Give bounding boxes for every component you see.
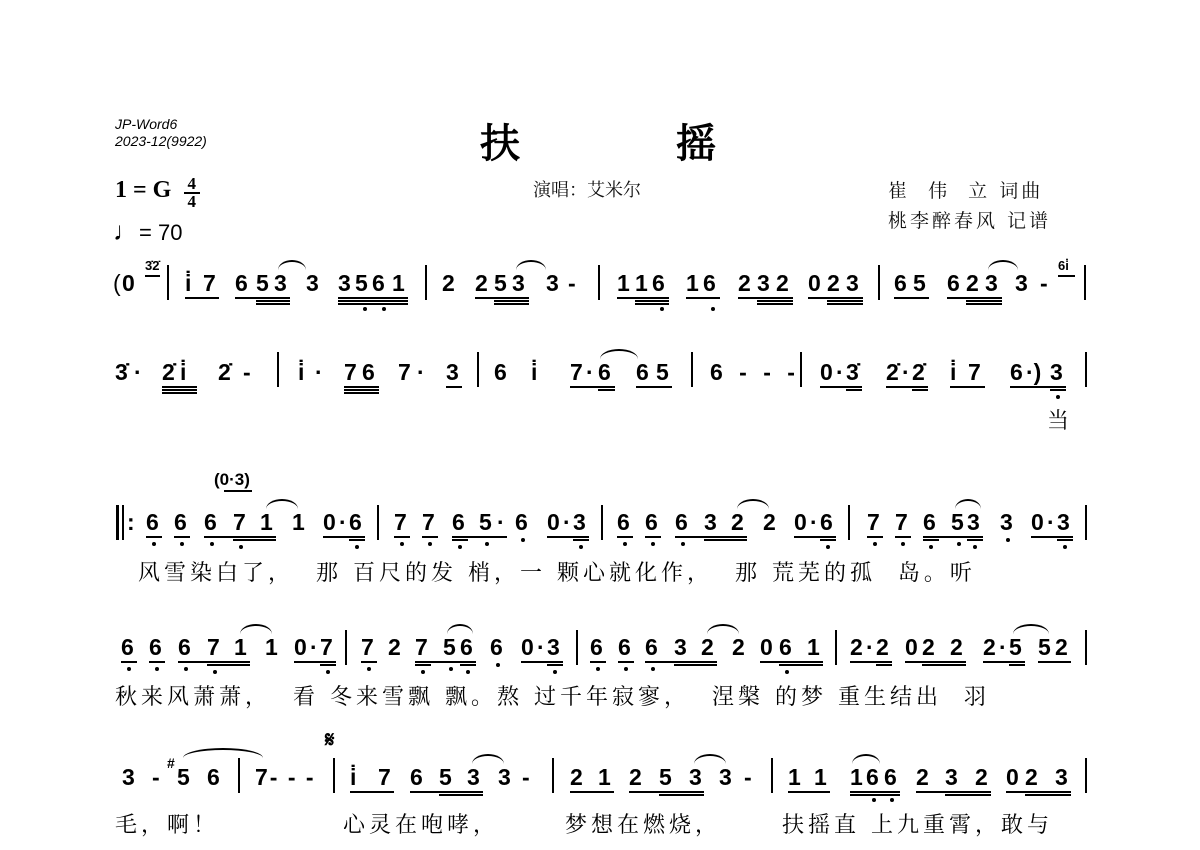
barline [116, 505, 119, 540]
octave-dot [155, 667, 159, 671]
note-glyph: 3 [467, 764, 480, 791]
note-glyph: 1 [850, 764, 863, 791]
barline [277, 352, 279, 387]
lyric-line-4: 秋来风萧萧， 看 冬来雪飘 飘。熬 过千年寂寥， 涅槃 的梦 重生结出 羽 [115, 680, 990, 711]
beam-underline [1009, 664, 1025, 666]
beam-underline [521, 661, 563, 663]
tie-arc [852, 754, 880, 764]
note-glyph: 7 [378, 764, 391, 791]
beam-underline [675, 536, 747, 538]
note-glyph: - [1040, 270, 1048, 297]
beam-underline [850, 791, 900, 793]
beam-underline [846, 389, 862, 391]
beam-underline [967, 539, 983, 541]
octave-dot [382, 307, 386, 311]
quarter-note-icon: ♩ [113, 216, 139, 246]
tie-arc [278, 260, 306, 270]
note-glyph: 2 [983, 634, 996, 661]
segno-icon: 𝄋 [325, 727, 334, 753]
octave-dot [596, 667, 600, 671]
beam-underline [618, 661, 634, 663]
note-glyph: i̇ [298, 359, 304, 386]
title-char-2: 摇 [676, 112, 716, 169]
beam-underline [256, 303, 290, 305]
beam-underline [344, 392, 379, 394]
note-glyph: 6 [947, 270, 960, 297]
tie-arc [472, 754, 504, 764]
octave-dot [421, 670, 425, 674]
note-glyph: 3 [1055, 764, 1068, 791]
note-glyph: · [315, 359, 323, 386]
beam-underline [808, 297, 863, 299]
note-glyph: 2̇ [162, 359, 175, 386]
note-glyph: - [568, 270, 576, 297]
note-glyph: 6 [515, 509, 528, 536]
note-glyph: : [127, 509, 135, 536]
beam-underline [460, 664, 476, 666]
note-glyph: · [310, 634, 318, 661]
barline [878, 265, 880, 300]
note-glyph: 3 [306, 270, 319, 297]
note-glyph: 3 [757, 270, 770, 297]
octave-dot [623, 542, 627, 546]
tempo-value: = 70 [139, 220, 182, 245]
barline [425, 265, 427, 300]
note-glyph: 5 [1038, 634, 1051, 661]
note-glyph: 3 [719, 764, 732, 791]
note-glyph: 1 [788, 764, 801, 791]
octave-dot [521, 538, 525, 542]
tie-arc [988, 260, 1018, 270]
beam-underline [349, 539, 365, 541]
note-glyph: 2̇ [912, 359, 925, 386]
beam-underline [338, 303, 408, 305]
note-glyph: 6 [146, 509, 159, 536]
note-glyph: 7 [415, 634, 428, 661]
note-glyph: 1 [598, 764, 611, 791]
beam-underline [895, 536, 911, 538]
note-glyph: 6 [675, 509, 688, 536]
beam-underline [547, 664, 563, 666]
note-glyph: 2 [732, 634, 745, 661]
octave-dot [180, 542, 184, 546]
octave-dot [152, 542, 156, 546]
beam-underline [916, 791, 991, 793]
note-glyph: 6 [1010, 359, 1023, 386]
beam-underline [966, 303, 1002, 305]
note-glyph: 3 [498, 764, 511, 791]
note-glyph: 2 [975, 764, 988, 791]
beam-underline [760, 661, 823, 663]
tie-arc [266, 499, 298, 509]
note-glyph: 6 [645, 509, 658, 536]
beam-underline [394, 536, 410, 538]
barline [1085, 630, 1087, 665]
barline [601, 505, 603, 540]
beam-underline [320, 664, 336, 666]
note-glyph: 0 [122, 270, 135, 297]
octave-dot [651, 542, 655, 546]
note-glyph: 5 [256, 270, 269, 297]
note-glyph: 5 [659, 764, 672, 791]
beam-underline [876, 664, 892, 666]
note-glyph: 3 [1050, 359, 1063, 386]
octave-dot [872, 798, 876, 802]
octave-dot [826, 545, 830, 549]
octave-dot [428, 542, 432, 546]
beam-underline [629, 791, 704, 793]
beam-underline [361, 661, 377, 663]
beam-underline [850, 661, 892, 663]
note-glyph: # [167, 755, 175, 771]
beam-underline [146, 536, 162, 538]
note-glyph: 2 [827, 270, 840, 297]
beam-underline [207, 664, 250, 666]
note-glyph: 0 [1031, 509, 1044, 536]
beam-underline [121, 661, 137, 663]
octave-dot [1056, 395, 1060, 399]
octave-dot [553, 670, 557, 674]
beam-underline [570, 386, 615, 388]
beam-underline [820, 539, 836, 541]
note-glyph: 1 [260, 509, 273, 536]
note-glyph: 6 [452, 509, 465, 536]
beam-underline [235, 297, 290, 299]
note-glyph: 2 [570, 764, 583, 791]
note-glyph: 6 [494, 359, 507, 386]
beam-underline [674, 664, 717, 666]
note-glyph: · [417, 359, 425, 386]
beam-underline [145, 275, 160, 277]
note-glyph: 5 [443, 634, 456, 661]
beam-underline [344, 386, 379, 388]
beam-underline [923, 539, 939, 541]
barline [345, 630, 347, 665]
octave-dot [957, 542, 961, 546]
tie-arc [737, 499, 769, 509]
beam-underline [617, 536, 633, 538]
note-glyph: 3 [122, 764, 135, 791]
beam-underline [645, 536, 661, 538]
beam-underline [850, 794, 900, 796]
octave-dot [449, 667, 453, 671]
lyric-line-5d: 扶摇直 上九重霄，敢与 [782, 808, 1053, 839]
note-glyph: 0 [521, 634, 534, 661]
note-glyph: 6 [923, 509, 936, 536]
beam-underline [635, 303, 669, 305]
note-glyph: 6 [866, 764, 879, 791]
note-glyph: 7 [422, 509, 435, 536]
note-glyph: 3 [674, 634, 687, 661]
beam-underline [950, 386, 985, 388]
note-glyph: 3 [689, 764, 702, 791]
beam-underline [686, 297, 720, 299]
note-glyph: 2 [950, 634, 963, 661]
note-glyph: 3 [1057, 509, 1070, 536]
beam-underline [966, 300, 1002, 302]
octave-dot [785, 670, 789, 674]
octave-dot [901, 542, 905, 546]
octave-dot [1006, 538, 1010, 542]
lyric-line-5a: 毛，啊！ [115, 808, 219, 839]
note-glyph: 1 [617, 270, 630, 297]
barline [1085, 758, 1087, 793]
beam-underline [598, 389, 615, 391]
beam-underline [294, 661, 336, 663]
barline [771, 758, 773, 793]
note-glyph: 3 [547, 634, 560, 661]
beam-underline [827, 303, 863, 305]
note-glyph: 3̇ [115, 359, 128, 386]
note-glyph: 3 [1015, 270, 1028, 297]
key-signature: 1 = G 4 4 [115, 176, 200, 210]
note-glyph: 1 [234, 634, 247, 661]
beam-underline [738, 297, 793, 299]
beam-underline [945, 794, 991, 796]
title-char-1: 扶 [480, 112, 520, 169]
note-glyph: 7- - - [255, 764, 316, 791]
beam-underline [162, 392, 197, 394]
note-glyph: 3 [546, 270, 559, 297]
octave-dot [660, 307, 664, 311]
time-sig-top: 4 [184, 176, 200, 192]
singer-credit: 演唱：艾米尔 [533, 176, 641, 202]
beam-underline [1038, 661, 1071, 663]
note-glyph: 6 [779, 634, 792, 661]
octave-dot [400, 542, 404, 546]
beam-underline [547, 536, 589, 538]
version-label: 2023-12(9922) [115, 133, 207, 150]
note-glyph: · [563, 509, 571, 536]
lyric-line-3: 风雪染白了， 那 百尺的发 梢，一 颗心就化作， 那 荒芜的孤 岛。听 [138, 556, 976, 587]
beam-underline [617, 297, 669, 299]
tie-arc [240, 624, 272, 634]
note-glyph: 1 [265, 634, 278, 661]
note-glyph: · [866, 634, 874, 661]
octave-dot [1063, 545, 1067, 549]
beam-underline [757, 300, 793, 302]
note-glyph: 3 [967, 509, 980, 536]
note-glyph: 6 [636, 359, 649, 386]
note-glyph: i̇ [185, 270, 191, 297]
lyric-line-5b: 心灵在咆哮， [343, 808, 499, 839]
note-glyph: 1 [686, 270, 699, 297]
lyric-line-2: 当 [1047, 404, 1073, 435]
tie-arc [955, 499, 981, 509]
tie-arc [694, 754, 726, 764]
octave-dot [681, 542, 685, 546]
octave-dot [929, 545, 933, 549]
note-glyph: 7 [344, 359, 357, 386]
note-glyph: 2 [966, 270, 979, 297]
note-glyph: 7 [398, 359, 411, 386]
note-glyph: 0 [820, 359, 833, 386]
note-glyph: 3 [512, 270, 525, 297]
note-glyph: 5 [177, 764, 190, 791]
note-glyph: · [497, 509, 505, 536]
note-glyph: 6 [174, 509, 187, 536]
beam-underline [1025, 794, 1071, 796]
note-glyph: 6 [178, 634, 191, 661]
note-glyph: · [810, 509, 818, 536]
grace-note: 3̇2̇ [145, 258, 159, 273]
octave-dot [973, 545, 977, 549]
key-label: 1 = G [115, 177, 171, 203]
note-glyph: 3 [1000, 509, 1013, 536]
barline [598, 265, 600, 300]
octave-dot [466, 670, 470, 674]
beam-underline [1031, 536, 1073, 538]
beam-underline [494, 300, 529, 302]
beam-underline [475, 297, 529, 299]
note-glyph: 6 [884, 764, 897, 791]
note-glyph: ( [113, 270, 121, 297]
note-glyph: 1 [392, 270, 405, 297]
note-glyph: - [243, 359, 251, 386]
note-glyph: - [522, 764, 530, 791]
note-glyph: 5 [439, 764, 452, 791]
note-glyph: 7 [203, 270, 216, 297]
note-glyph: 3 [573, 509, 586, 536]
note-glyph: 2 [776, 270, 789, 297]
barline [1085, 505, 1087, 540]
beam-underline [338, 300, 408, 302]
octave-dot [651, 667, 655, 671]
beam-underline [794, 536, 836, 538]
octave-dot [326, 670, 330, 674]
note-glyph: 3 [945, 764, 958, 791]
note-glyph: 6 [207, 764, 220, 791]
note-glyph: 2̇ [886, 359, 899, 386]
beam-underline [256, 300, 290, 302]
beam-underline [923, 536, 983, 538]
beam-underline [570, 791, 614, 793]
beam-underline [983, 661, 1025, 663]
note-glyph: 6 [894, 270, 907, 297]
note-glyph: 5 [494, 270, 507, 297]
octave-dot [363, 307, 367, 311]
beam-underline [912, 389, 928, 391]
note-glyph: 0 [905, 634, 918, 661]
note-glyph: 6 [703, 270, 716, 297]
note-glyph: 5 [479, 509, 492, 536]
beam-underline [867, 536, 883, 538]
tempo-marking: ♩= 70 [113, 216, 182, 247]
lyric-line-5c: 梦想在燃烧， [565, 808, 721, 839]
beam-underline [1010, 386, 1066, 388]
note-glyph: 7 [394, 509, 407, 536]
barline [800, 352, 802, 387]
note-glyph: 5 [951, 509, 964, 536]
note-glyph: i̇ [180, 359, 186, 386]
barline [167, 265, 169, 300]
note-glyph: 6 [490, 634, 503, 661]
beam-underline [415, 664, 431, 666]
note-glyph: - [152, 764, 160, 791]
note-glyph: · [902, 359, 910, 386]
beam-underline [894, 297, 929, 299]
software-label: JP-Word6 [115, 116, 177, 133]
beam-underline [452, 536, 507, 538]
tie-arc [600, 349, 638, 359]
note-glyph: 2 [731, 509, 744, 536]
beam-underline [645, 661, 717, 663]
note-glyph: 6 [460, 634, 473, 661]
note-glyph: i̇ [950, 359, 956, 386]
note-glyph: 2 [701, 634, 714, 661]
octave-dot [496, 663, 500, 667]
beam-underline [886, 386, 928, 388]
beam-underline [827, 300, 863, 302]
note-glyph: 5 [1009, 634, 1022, 661]
note-glyph: 2̇ [218, 359, 231, 386]
octave-dot [367, 667, 371, 671]
note-glyph: 7 [320, 634, 333, 661]
beam-underline [174, 536, 190, 538]
note-glyph: 2 [388, 634, 401, 661]
octave-dot [210, 542, 214, 546]
beam-underline [185, 297, 219, 299]
note-glyph: 1 [807, 634, 820, 661]
composer-credit: 崔 伟 立 词曲 [888, 176, 1043, 203]
barline [333, 758, 335, 793]
note-glyph: 6 [652, 270, 665, 297]
beam-underline [446, 386, 462, 388]
note-glyph: ·) [1026, 359, 1041, 386]
beam-underline [636, 386, 672, 388]
tie-arc [516, 260, 546, 270]
barline [122, 505, 124, 540]
note-glyph: 5 [913, 270, 926, 297]
grace-note: 6i̇ [1058, 258, 1069, 273]
beam-underline [415, 661, 476, 663]
note-glyph: 2 [1055, 634, 1068, 661]
note-glyph: 5 [656, 359, 669, 386]
note-glyph: 1 [292, 509, 305, 536]
note-glyph: 7 [968, 359, 981, 386]
note-glyph: 6 [590, 634, 603, 661]
beam-underline [224, 490, 252, 492]
octave-dot [624, 667, 628, 671]
note-glyph: 6 [349, 509, 362, 536]
note-glyph: · [339, 509, 347, 536]
beam-underline [204, 536, 276, 538]
barline [477, 352, 479, 387]
beam-underline [162, 386, 197, 388]
beam-underline [162, 389, 197, 391]
beam-underline [704, 539, 747, 541]
barline [1085, 352, 1087, 387]
note-glyph: 0 [794, 509, 807, 536]
beam-underline [338, 297, 408, 299]
octave-dot [873, 542, 877, 546]
octave-dot [485, 542, 489, 546]
note-glyph: 0 [294, 634, 307, 661]
note-glyph: 2 [475, 270, 488, 297]
note-glyph: 3 [704, 509, 717, 536]
beam-underline [573, 539, 589, 541]
alternate-note: (0·3) [214, 470, 250, 490]
beam-underline [922, 664, 966, 666]
beam-underline [788, 791, 830, 793]
note-glyph: 3 [985, 270, 998, 297]
note-glyph: 0 [323, 509, 336, 536]
note-glyph: 2 [442, 270, 455, 297]
note-glyph: 6 - - - [710, 359, 800, 386]
note-glyph: 2 [916, 764, 929, 791]
note-glyph: 1 [635, 270, 648, 297]
note-glyph: 2 [738, 270, 751, 297]
